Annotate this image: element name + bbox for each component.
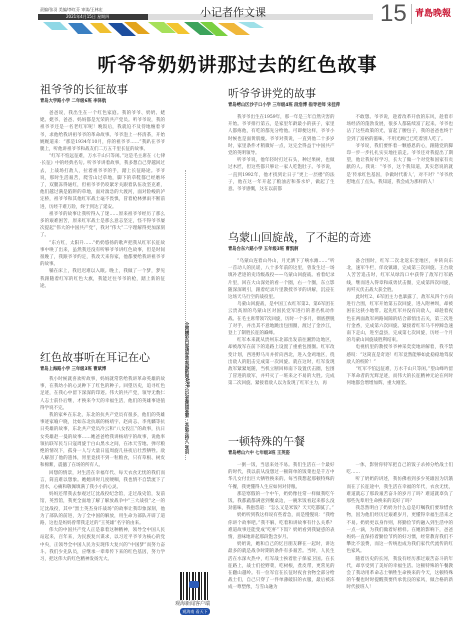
paragraph: 妈妈还带我去参观过辽沈战役纪念馆，走过战史馆，发前馆，英烈馆，我更全面地了解了解… bbox=[40, 491, 165, 527]
paragraph: 我的家乡在东北，东北的抗共产党员有很多，他们的英雄事迹家喻户晓，比如东北抗联的杨… bbox=[40, 412, 165, 470]
app-download-button[interactable]: 观海南 看天下 bbox=[180, 608, 210, 615]
paragraph: “红军不怕远征难，万水千山只等闲。”望山峰吟留下革命者的光辉足迹，而伟大的长征精… bbox=[347, 366, 454, 388]
paragraph: 奶奶说，她和自己的忆目朋友聊在一起时，讲达最多的就是战争时期的条件有多艰苦。当时… bbox=[228, 541, 335, 591]
article-body-right: 不敢想。爷爷说，趁着改革开放的东风，趁着市场经济的蓬勃发展，很多人都陆续富了起来… bbox=[347, 114, 454, 193]
paragraph: 不敢想。爷爷说，趁着改革开放的东风，趁着市场经济的蓬勃发展，很多人都陆续富了起来… bbox=[347, 114, 454, 143]
qr-caption: 观海新闻客户端 bbox=[175, 600, 210, 607]
article-title: 祖爷爷的长征故事 bbox=[40, 84, 165, 95]
app-promo-note: 全网精彩内容请登录观海新闻APP小记者频道查看 · 本版主持人 张羽 bbox=[181, 322, 189, 454]
article-red-stories-heart: 红色故事听在耳记在心 青岛上海路小学 三年级3班 曹斌博 我小时候就喜欢听故事，… bbox=[40, 352, 165, 563]
article-byline: 青岛上海路小学 三年级3班 曹斌博 bbox=[40, 366, 165, 372]
article-body-left: “乌蒙山连着山外山，月光洒下了响水滩……”听一首动人的民谣，八十多年前的这里，曾… bbox=[228, 258, 335, 388]
paragraph: 回想的情景，对生活在幸福年代、每天衣食无忧的我们而言，简直难以想象。她她讲时几度… bbox=[40, 470, 165, 492]
page-number: 15 bbox=[380, 0, 407, 28]
article-body-left: 一粥一饭，当思来处不易。我们生活在一个最好的时代，我以前从没想过一顿简单的饭菜也… bbox=[228, 462, 335, 592]
decorative-color-stripes bbox=[38, 20, 278, 38]
paragraph: 我小时候就喜欢听故事，妈妈就常常给我讲革命英雄的故事，在我幼小的心灵种下了红色的… bbox=[40, 376, 165, 412]
paragraph: “红军不怕远征难，万水千山只等闲。”这是毛主席在《七律·长征》中的经典名句。听爷… bbox=[40, 153, 165, 211]
editor-credits: 责编/张羽 美编/李红芬 审读/王林宏 bbox=[40, 7, 103, 13]
article-wumeng-mountain: 乌蒙山回旋战，了不起的奇迹 青岛台东六路小学 五年级3班 曹凯舸 “乌蒙山连着山… bbox=[228, 232, 453, 388]
newspaper-logo: 青島晚報 bbox=[415, 6, 451, 19]
article-title: 一顿特殊的午餐 bbox=[228, 436, 453, 447]
paragraph: 奶奶听到我这样说有些着急，而是慢慢说：“我给你讲个故事吧。”我不解，吃着和讲故事… bbox=[228, 512, 335, 541]
article-special-lunch: 一顿特殊的午餐 青岛崂山六中 七年级3班 王英姿 一粥一饭，当思来处不易。我们生… bbox=[228, 436, 453, 592]
paragraph: 乌蒙山回旋战，是中国工农红军第2、第6军团在云贵高原的乌蒙山区对国民党军进行的著… bbox=[228, 301, 335, 337]
paragraph: 备合围时，红军二次北返东奎地区，并转向东北，速军牛栏，佯攻镇雄，完成第三次回旋。… bbox=[347, 258, 454, 294]
paragraph: 我忽然明白了奶奶为什么总是叮嘱我们要珍惜食物，因为他们经历过艰难岁月，更懂得幸福… bbox=[347, 505, 454, 555]
article-body-right: 一体，影射你特军把自己的饭子杀掉分给战士们吃…… 听了奶奶的讲述，我仿佛看到多少… bbox=[347, 462, 454, 592]
paragraph: 红军本来就从贵州东北部出发前往湘黔边地区，却被敌军在前下的追路上设置了重重包围圈… bbox=[228, 337, 335, 387]
article-body: 我小时候就喜欢听故事，妈妈就常常给我讲革命英雄的故事，在我幼小的心灵种下了红色的… bbox=[40, 376, 165, 563]
paragraph: 一体，影射你特军把自己的饭子杀掉分给战士们吃…… bbox=[347, 462, 454, 476]
paragraph: 听爷爷说，他年轻时打过石头，种过果树，也做过木匠，但这些都只够让一家人吃饱肚子。… bbox=[228, 157, 335, 193]
paragraph: 爷爷说，我们要怀着一颗感恩的心，跟随党的脚印一步一步扎扎实实地往前走。爷爷还对我… bbox=[347, 143, 454, 186]
header-divider bbox=[411, 4, 412, 24]
paragraph: 一粥一饭，当思来处不易。我们生活在一个最好的时代，我以前从没想过一顿简单的饭菜也… bbox=[228, 462, 335, 491]
article-body-left: 我爷爷出生在1959年，那一年是三年自然灾害的开始。爷爷排行第五，是家里年龄最小… bbox=[228, 114, 335, 193]
paragraph: 电视机里的教授爷爷神采奕奕地讲解着，我不禁感叹：“这简直是奇迹！红军竟然能够如此… bbox=[347, 344, 454, 366]
paragraph: “乌蒙山连着山外山，月光洒下了响水滩……”听一首动人的民谣，八十多年前的这里，曾… bbox=[228, 258, 335, 301]
article-title: 乌蒙山回旋战，了不起的奇迹 bbox=[228, 232, 453, 243]
article-body: 爸爸说，我出生在一个红色家庭。我的爷爷、奶奶、姥姥、姥爷、爸爸、妈妈都是光荣的共… bbox=[40, 110, 165, 290]
paragraph: 爸爸说，我出生在一个红色家庭。我的爷爷、奶奶、姥姥、姥爷、爸爸、妈妈都是光荣的共… bbox=[40, 110, 165, 153]
paragraph: 听了奶奶的讲述，我仿佛看到多少英雄因为饥饿而在了长征途中，我生活在幸福的年代，衣… bbox=[347, 476, 454, 505]
paragraph: 那是寒假的一个中午，奶奶像往常一样做我吃午饭。我都蔬都满意到餐桌边，一碗米饭看起… bbox=[228, 491, 335, 513]
paragraph: 躺在床上，我迟迟难以入眠。晚上，我做了一个梦，梦见我跟随着红军的红色大旗，我能过… bbox=[40, 268, 165, 290]
paragraph: “东方红，太阳升……”奶奶悠扬的歌声把我从红军长征故事中唤了出来，虽然我还没有听… bbox=[40, 240, 165, 269]
qr-code[interactable] bbox=[180, 572, 208, 600]
paragraph: 随着历史的长河，我没有经历那过艰苦奋斗的年代，却享受到了美好的幸福生活。这顿特殊… bbox=[347, 556, 454, 592]
column-title: 小记者作文课 bbox=[200, 4, 266, 20]
paragraph: 祖爷爷的故事让我听得入了迷……原来祖爷爷经历了那么多的艰难困苦，原来红军战士是那… bbox=[40, 211, 165, 240]
paragraph: 此时红2、6军团主力也暴露了，敌军从四个方向进行合围，红军开始第五次回旋，进入附… bbox=[347, 294, 454, 344]
article-grandpa-long-march: 祖爷爷的长征故事 青岛大学路小学 二年级6班 李泽航 爸爸说，我出生在一个红色家… bbox=[40, 84, 165, 290]
article-party-stories: 听爷爷讲党的故事 青岛崂山区沙子口小学 三年级4班 段浩博 指导老师 宋佳萍 我… bbox=[228, 88, 453, 193]
article-body-right: 备合围时，红军二次北返东奎地区，并转向东北，速军牛栏，佯攻镇雄，完成第三次回旋。… bbox=[347, 258, 454, 388]
article-title: 听爷爷讲党的故事 bbox=[228, 88, 453, 99]
paragraph: 伟大的中国共产党人正是靠着这种精神，领导全中国人民站起来，百年来，为民族复兴谋求… bbox=[40, 527, 165, 563]
paragraph: 我爷爷出生在1959年，那一年是三年自然灾害的开始。爷爷排行第五，是家里年龄最小… bbox=[228, 114, 335, 157]
article-title: 红色故事听在耳记在心 bbox=[40, 352, 165, 363]
article-byline: 青岛大学路小学 二年级6班 李泽航 bbox=[40, 98, 165, 104]
page-title: 听爷爷奶奶讲那过去的红色故事 bbox=[0, 50, 475, 77]
